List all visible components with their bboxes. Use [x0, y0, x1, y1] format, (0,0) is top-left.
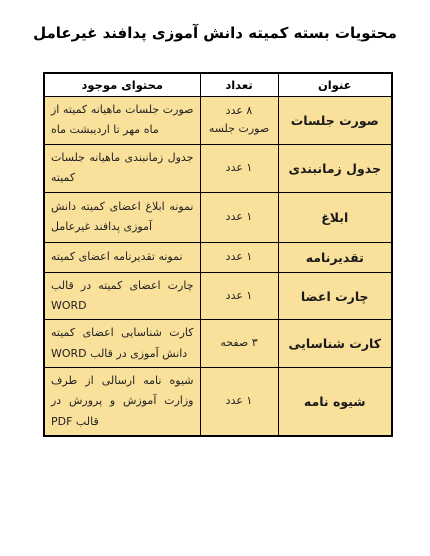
- row-content-cell: چارت اعضای کمیته در قالب WORD: [44, 272, 200, 320]
- row-count-cell: ۸ عدد صورت جلسه: [200, 97, 278, 145]
- table-row: شیوه نامه ۱ عدد شیوه نامه ارسالی از طرف …: [44, 368, 392, 437]
- header-title: عنوان: [278, 73, 392, 97]
- table-row: چارت اعضا ۱ عدد چارت اعضای کمیته در قالب…: [44, 272, 392, 320]
- row-title-cell: تقدیرنامه: [278, 242, 392, 272]
- row-title-cell: چارت اعضا: [278, 272, 392, 320]
- row-content-cell: صورت جلسات ماهیانه کمیته از ماه مهر تا ا…: [44, 97, 200, 145]
- table-header-row: عنوان تعداد محتوای موجود: [44, 73, 392, 97]
- row-content-cell: کارت شناسایی اعضای کمیته دانش آموزی در ق…: [44, 320, 200, 368]
- document-page: محتویات بسته کمیته دانش آموزی پدافند غیر…: [0, 0, 430, 556]
- table-row: ابلاغ ۱ عدد نمونه ابلاغ اعضای کمیته دانش…: [44, 192, 392, 242]
- table-row: تقدیرنامه ۱ عدد نمونه تقدیرنامه اعضای کم…: [44, 242, 392, 272]
- row-content-cell: شیوه نامه ارسالی از طرف وزارت آموزش و پر…: [44, 368, 200, 437]
- table-row: صورت جلسات ۸ عدد صورت جلسه صورت جلسات ما…: [44, 97, 392, 145]
- row-count-cell: ۱ عدد: [200, 242, 278, 272]
- header-content: محتوای موجود: [44, 73, 200, 97]
- row-title-cell: شیوه نامه: [278, 368, 392, 437]
- row-count-cell: ۳ صفحه: [200, 320, 278, 368]
- row-title-cell: جدول زمانبندی: [278, 144, 392, 192]
- row-count-cell: ۱ عدد: [200, 368, 278, 437]
- header-count: تعداد: [200, 73, 278, 97]
- row-count-cell: ۱ عدد: [200, 144, 278, 192]
- row-content-cell: نمونه تقدیرنامه اعضای کمیته: [44, 242, 200, 272]
- row-title-cell: کارت شناسایی: [278, 320, 392, 368]
- page-title: محتویات بسته کمیته دانش آموزی پدافند غیر…: [0, 24, 430, 42]
- row-content-cell: نمونه ابلاغ اعضای کمیته دانش آموزی پدافن…: [44, 192, 200, 242]
- row-title-cell: صورت جلسات: [278, 97, 392, 145]
- row-content-cell: جدول زمانبندی ماهیانه جلسات کمیته: [44, 144, 200, 192]
- row-title-cell: ابلاغ: [278, 192, 392, 242]
- row-count-cell: ۱ عدد: [200, 192, 278, 242]
- table-row: کارت شناسایی ۳ صفحه کارت شناسایی اعضای ک…: [44, 320, 392, 368]
- contents-table: عنوان تعداد محتوای موجود صورت جلسات ۸ عد…: [43, 72, 393, 437]
- table-row: جدول زمانبندی ۱ عدد جدول زمانبندی ماهیان…: [44, 144, 392, 192]
- row-count-cell: ۱ عدد: [200, 272, 278, 320]
